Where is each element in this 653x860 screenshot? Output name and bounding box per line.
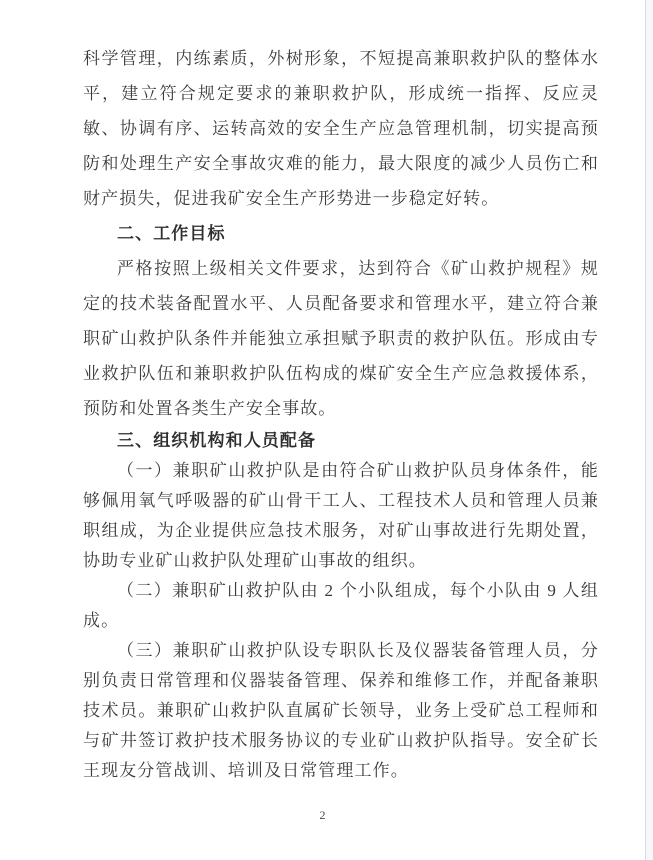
document-content: 科学管理，内练素质，外树形象，不短提高兼职救护队的整体水平，建立符合规定要求的兼… <box>83 41 599 786</box>
paragraph: （一）兼职矿山救护队是由符合矿山救护队员身体条件，能够佩用氧气呼吸器的矿山骨干工… <box>83 456 599 576</box>
document-page: 科学管理，内练素质，外树形象，不短提高兼职救护队的整体水平，建立符合规定要求的兼… <box>0 0 653 860</box>
page-number: 2 <box>0 808 645 823</box>
paragraph: 科学管理，内练素质，外树形象，不短提高兼职救护队的整体水平，建立符合规定要求的兼… <box>83 41 599 216</box>
section-heading: 二、工作目标 <box>83 216 599 251</box>
section-heading: 三、组织机构和人员配备 <box>83 426 599 456</box>
paragraph: 严格按照上级相关文件要求，达到符合《矿山救护规程》规定的技术装备配置水平、人员配… <box>83 251 599 426</box>
page-right-edge <box>645 0 653 860</box>
paragraph: （二）兼职矿山救护队由 2 个小队组成，每个小队由 9 人组成。 <box>83 576 599 636</box>
paragraph: （三）兼职矿山救护队设专职队长及仪器装备管理人员，分别负责日常管理和仪器装备管理… <box>83 636 599 786</box>
